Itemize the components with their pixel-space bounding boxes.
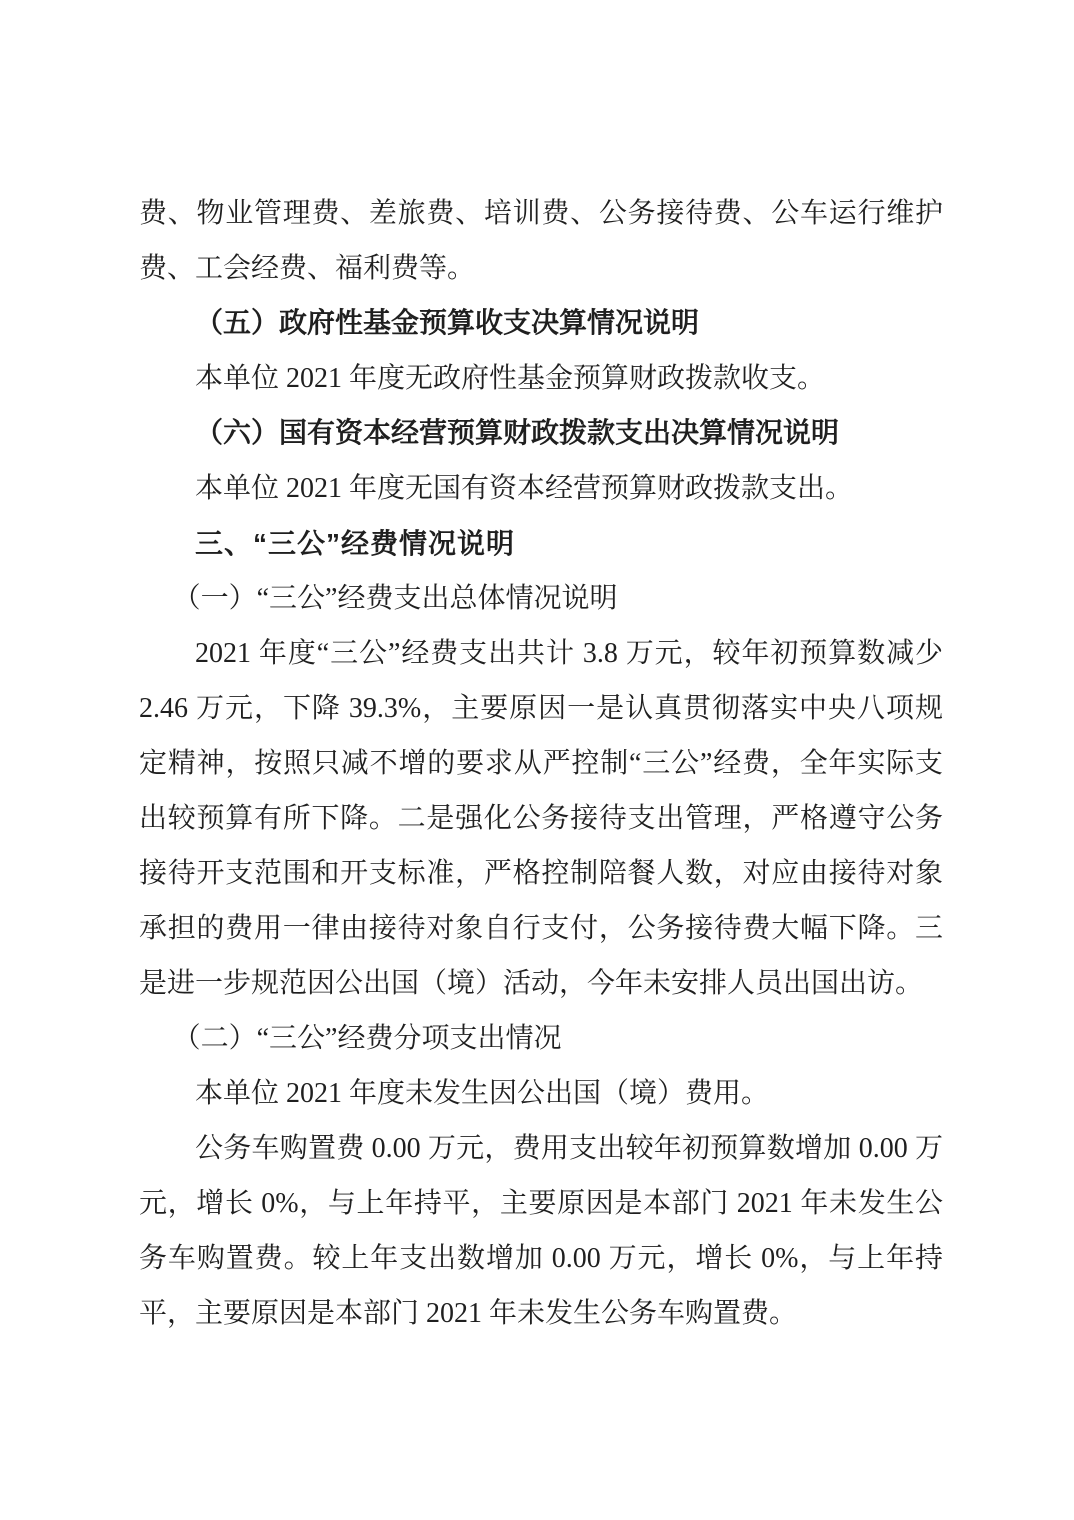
- heading-section-6-state-capital-budget: （六）国有资本经营预算财政拨款支出决算情况说明: [139, 406, 943, 461]
- paragraph-three-public-overview: 2021 年度“三公”经费支出共计 3.8 万元，较年初预算数减少 2.46 万…: [139, 626, 943, 1011]
- paragraph-gov-fund-statement: 本单位 2021 年度无政府性基金预算财政拨款收支。: [139, 351, 943, 406]
- heading-sub-2-itemized-expenditure: （二）“三公”经费分项支出情况: [139, 1011, 943, 1066]
- paragraph-abroad-expense-statement: 本单位 2021 年度未发生因公出国（境）费用。: [139, 1066, 943, 1121]
- paragraph-official-vehicle-purchase: 公务车购置费 0.00 万元，费用支出较年初预算数增加 0.00 万元，增长 0…: [139, 1121, 943, 1341]
- paragraph-state-capital-statement: 本单位 2021 年度无国有资本经营预算财政拨款支出。: [139, 461, 943, 516]
- heading-three-public-funds: 三、“三公”经费情况说明: [139, 516, 943, 571]
- paragraph-expense-list-continuation: 费、物业管理费、差旅费、培训费、公务接待费、公车运行维护费、工会经费、福利费等。: [139, 186, 943, 296]
- heading-sub-1-overall-expenditure: （一）“三公”经费支出总体情况说明: [139, 571, 943, 626]
- document-page: 费、物业管理费、差旅费、培训费、公务接待费、公车运行维护费、工会经费、福利费等。…: [0, 0, 1074, 1520]
- heading-section-5-gov-fund-budget: （五）政府性基金预算收支决算情况说明: [139, 296, 943, 351]
- document-body: 费、物业管理费、差旅费、培训费、公务接待费、公车运行维护费、工会经费、福利费等。…: [139, 186, 943, 1341]
